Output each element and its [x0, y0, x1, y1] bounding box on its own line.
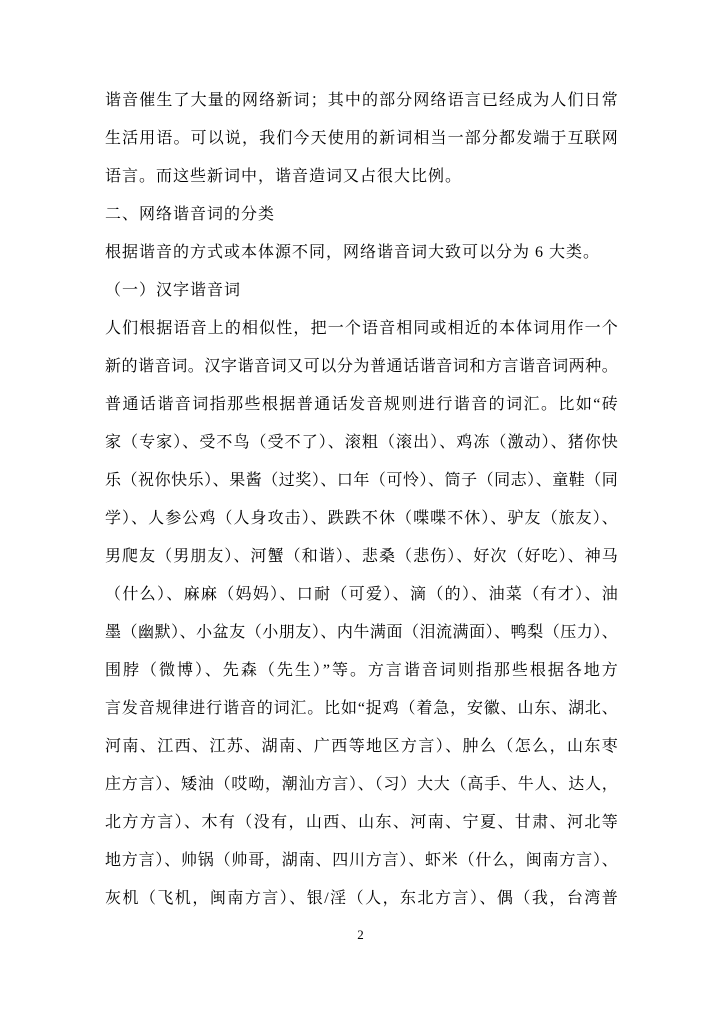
- body-line: 灰机（飞机，闽南方言）、银/淫（人，东北方言）、偶（我，台湾普: [105, 880, 617, 918]
- body-line: 地方言）、帅锅（帅哥，湖南、四川方言）、虾米（什么，闽南方言）、: [105, 842, 617, 880]
- document-page: 谐音催生了大量的网络新词；其中的部分网络语言已经成为人们日常 生活用语。可以说，…: [0, 0, 721, 1020]
- document-body: 谐音催生了大量的网络新词；其中的部分网络语言已经成为人们日常 生活用语。可以说，…: [105, 82, 617, 918]
- body-line: 普通话谐音词指那些根据普通话发音规则进行谐音的词汇。比如“砖: [105, 386, 617, 424]
- body-line: 语言。而这些新词中，谐音造词又占很大比例。: [105, 158, 617, 196]
- body-line: 庄方言）、矮油（哎呦，潮汕方言）、（习）大大（高手、牛人、达人，: [105, 766, 617, 804]
- body-line: 北方方言）、木有（没有，山西、山东、河南、宁夏、甘肃、河北等: [105, 804, 617, 842]
- body-line: 根据谐音的方式或本体源不同，网络谐音词大致可以分为 6 大类。: [105, 234, 617, 272]
- body-line: 人们根据语音上的相似性，把一个语音相同或相近的本体词用作一个: [105, 310, 617, 348]
- body-line: 新的谐音词。汉字谐音词又可以分为普通话谐音词和方言谐音词两种。: [105, 348, 617, 386]
- body-line: 乐（祝你快乐）、果酱（过奖）、口年（可怜）、筒子（同志）、童鞋（同: [105, 462, 617, 500]
- body-line: 生活用语。可以说，我们今天使用的新词相当一部分都发端于互联网: [105, 120, 617, 158]
- body-line: 谐音催生了大量的网络新词；其中的部分网络语言已经成为人们日常: [105, 82, 617, 120]
- body-line: 言发音规律进行谐音的词汇。比如“捉鸡（着急，安徽、山东、湖北、: [105, 690, 617, 728]
- body-line: 河南、江西、江苏、湖南、广西等地区方言）、肿么（怎么，山东枣: [105, 728, 617, 766]
- body-line: 围脖（微博）、先森（先生）”等。方言谐音词则指那些根据各地方: [105, 652, 617, 690]
- page-number: 2: [0, 926, 721, 944]
- body-line: 墨（幽默）、小盆友（小朋友）、内牛满面（泪流满面）、鸭梨（压力）、: [105, 614, 617, 652]
- body-line: 学）、人参公鸡（人身攻击）、跌跌不休（喋喋不休）、驴友（旅友）、: [105, 500, 617, 538]
- heading-section-2: 二、网络谐音词的分类: [105, 196, 617, 234]
- heading-subsection-1: （一）汉字谐音词: [105, 272, 617, 310]
- body-line: 男爬友（男朋友）、河蟹（和谐）、悲桑（悲伤）、好次（好吃）、神马: [105, 538, 617, 576]
- body-line: 家（专家）、受不鸟（受不了）、滚粗（滚出）、鸡冻（激动）、猪你快: [105, 424, 617, 462]
- body-line: （什么）、麻麻（妈妈）、口耐（可爱）、滴（的）、油菜（有才）、油: [105, 576, 617, 614]
